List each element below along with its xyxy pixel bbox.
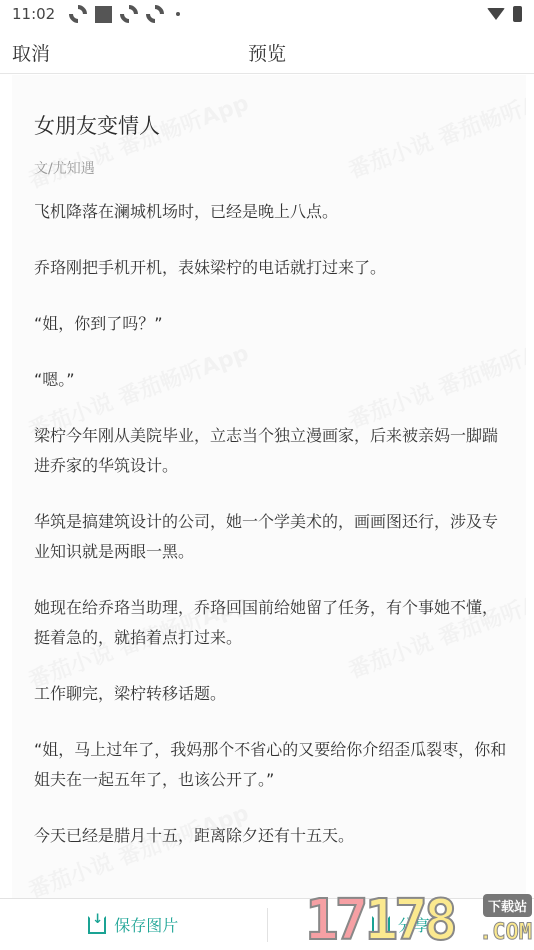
save-image-button[interactable]: 保存图片 <box>0 913 267 936</box>
nav-bar: 取消 预览 <box>0 28 534 74</box>
dot-icon <box>176 12 180 16</box>
status-bar: 11:02 <box>0 0 534 28</box>
share-button[interactable]: 分享 <box>268 913 534 936</box>
download-icon <box>88 916 106 934</box>
article: 女朋友变情人 文/尤知遇 飞机降落在澜城机场时，已经是晚上八点。 乔珞刚把手机开… <box>34 111 508 877</box>
app-swirl-icon <box>143 1 168 26</box>
paragraph: “姐，你到了吗？” <box>34 309 508 339</box>
square-icon <box>95 6 112 23</box>
paragraph: 乔珞刚把手机开机，表妹梁柠的电话就打过来了。 <box>34 253 508 283</box>
paragraph: “姐，马上过年了，我妈那个不省心的又要给你介绍歪瓜裂枣，你和姐夫在一起五年了，也… <box>34 735 508 795</box>
share-icon <box>372 916 390 934</box>
page-title: 预览 <box>0 39 534 66</box>
paragraph: 梁柠今年刚从美院毕业，立志当个独立漫画家，后来被亲妈一脚踹进乔家的华筑设计。 <box>34 421 508 481</box>
status-time: 11:02 <box>12 5 55 23</box>
article-body: 飞机降落在澜城机场时，已经是晚上八点。 乔珞刚把手机开机，表妹梁柠的电话就打过来… <box>34 197 508 851</box>
paragraph: 飞机降落在澜城机场时，已经是晚上八点。 <box>34 197 508 227</box>
bottom-action-bar: 保存图片 分享 <box>0 898 534 950</box>
article-title: 女朋友变情人 <box>34 111 508 141</box>
preview-scroll-area[interactable]: 番茄小说 番茄畅听App 番茄小说 番茄畅听App 番茄小说 番茄畅听App 番… <box>0 75 534 898</box>
app-swirl-icon <box>66 1 91 26</box>
paragraph: 工作聊完，梁柠转移话题。 <box>34 679 508 709</box>
paragraph: “嗯。” <box>34 365 508 395</box>
share-label: 分享 <box>398 913 430 936</box>
wifi-icon <box>487 8 505 20</box>
paragraph: 今天已经是腊月十五，距离除夕还有十五天。 <box>34 821 508 851</box>
app-swirl-icon <box>117 1 142 26</box>
paragraph: 华筑是搞建筑设计的公司，她一个学美术的，画画图还行，涉及专业知识就是两眼一黑。 <box>34 507 508 567</box>
article-author: 文/尤知遇 <box>34 159 508 179</box>
status-right-icons <box>487 6 522 22</box>
preview-card: 番茄小说 番茄畅听App 番茄小说 番茄畅听App 番茄小说 番茄畅听App 番… <box>12 75 526 898</box>
paragraph: 她现在给乔珞当助理，乔珞回国前给她留了任务，有个事她不懂，挺着急的，就掐着点打过… <box>34 593 508 653</box>
battery-charging-icon <box>513 6 522 22</box>
save-image-label: 保存图片 <box>114 913 178 936</box>
